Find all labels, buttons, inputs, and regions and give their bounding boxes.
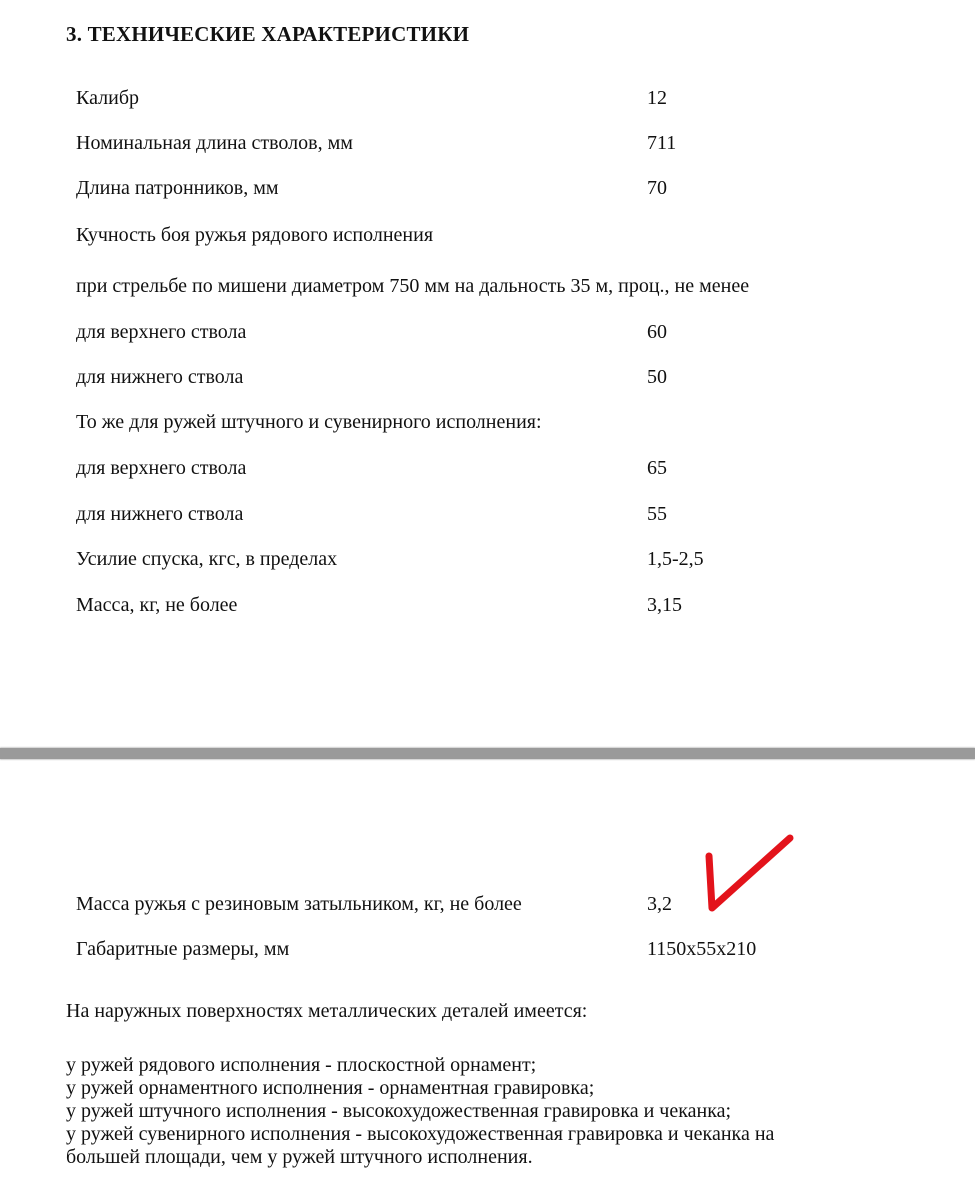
spec-label: для нижнего ствола — [76, 502, 243, 526]
spec-label: То же для ружей штучного и сувенирного и… — [76, 410, 542, 434]
paragraph-intro: На наружных поверхностях металлических д… — [66, 1000, 587, 1022]
spec-value: 1,5-2,5 — [647, 547, 704, 571]
spec-value: 70 — [647, 176, 667, 200]
spec-label: Усилие спуска, кгс, в пределах — [76, 547, 337, 571]
spec-value: 711 — [647, 131, 676, 155]
spec-label: Калибр — [76, 86, 139, 110]
spec-label: для верхнего ствола — [76, 456, 246, 480]
list-item: у ружей сувенирного исполнения - высокох… — [66, 1123, 774, 1145]
spec-label: Габаритные размеры, мм — [76, 937, 289, 961]
spec-value: 3,2 — [647, 892, 672, 916]
list-item: у ружей рядового исполнения - плоскостно… — [66, 1054, 536, 1076]
spec-value: 55 — [647, 502, 667, 526]
page-divider — [0, 748, 975, 759]
section-heading: 3. ТЕХНИЧЕСКИЕ ХАРАКТЕРИСТИКИ — [66, 22, 469, 47]
spec-label: Кучность боя ружья рядового исполнения — [76, 223, 433, 247]
spec-value: 12 — [647, 86, 667, 110]
list-item: у ружей штучного исполнения - высокохудо… — [66, 1100, 731, 1122]
spec-label: Масса ружья с резиновым затыльником, кг,… — [76, 892, 522, 916]
spec-label: Номинальная длина стволов, мм — [76, 131, 353, 155]
list-item: большей площади, чем у ружей штучного ис… — [66, 1146, 533, 1168]
spec-label: Длина патронников, мм — [76, 176, 279, 200]
spec-value: 60 — [647, 320, 667, 344]
spec-value: 50 — [647, 365, 667, 389]
spec-label: для нижнего ствола — [76, 365, 243, 389]
spec-value: 1150x55x210 — [647, 937, 756, 961]
spec-label: при стрельбе по мишени диаметром 750 мм … — [76, 274, 749, 298]
spec-value: 3,15 — [647, 593, 682, 617]
spec-label: для верхнего ствола — [76, 320, 246, 344]
list-item: у ружей орнаментного исполнения - орнаме… — [66, 1077, 594, 1099]
red-checkmark-icon — [700, 828, 800, 918]
spec-value: 65 — [647, 456, 667, 480]
spec-label: Масса, кг, не более — [76, 593, 237, 617]
